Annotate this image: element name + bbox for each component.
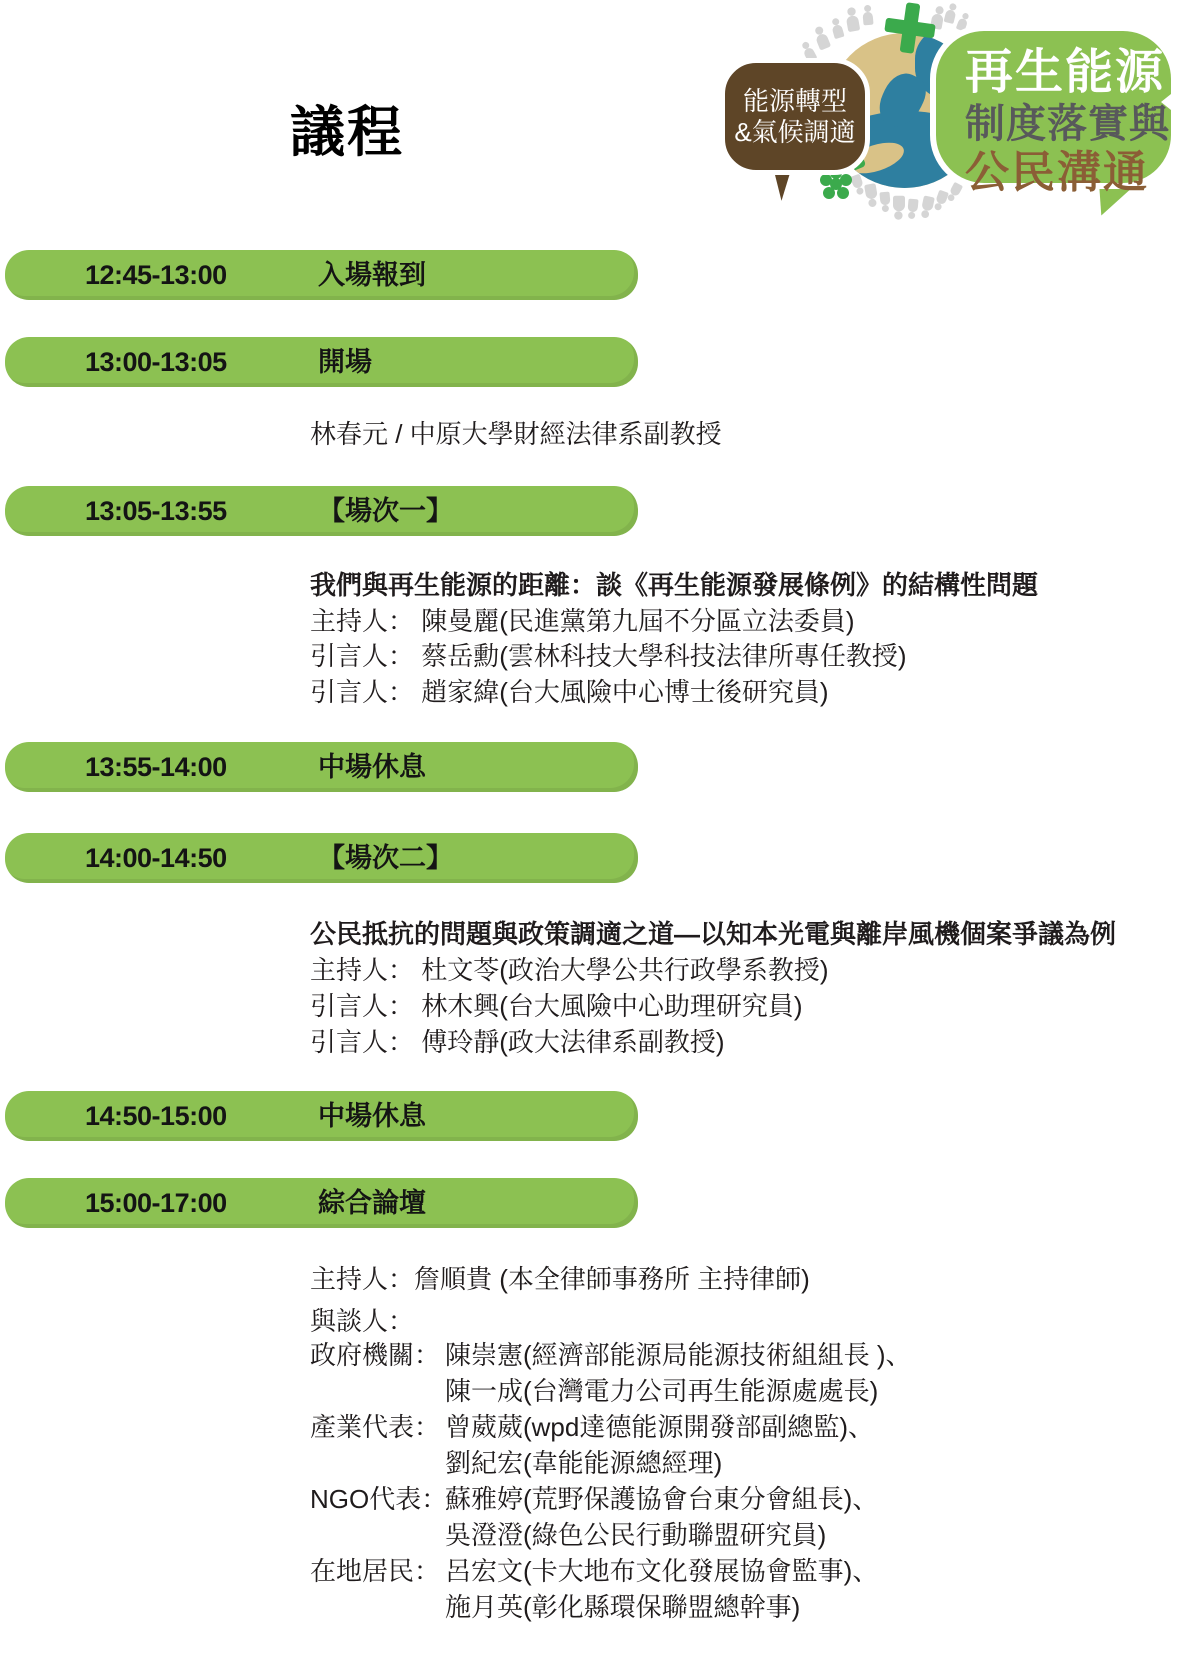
person-silhouette-icon xyxy=(879,192,890,206)
forum-member: 蘇雅婷(荒野保護協會台東分會組長)、 xyxy=(445,1481,878,1517)
forum-host: 主持人：詹順貴 (本全律師事務所 主持律師) xyxy=(310,1262,810,1298)
bar-time: 12:45-13:00 xyxy=(85,250,227,300)
forum-group-ngo: NGO代表： 蘇雅婷(荒野保護協會台東分會組長)、 吳澄澄(綠色公民行動聯盟研究… xyxy=(310,1481,878,1553)
page-title: 議程 xyxy=(290,88,404,167)
forum-member: 曾葳葳(wpd達德能源開發部副總監)、 xyxy=(445,1409,874,1445)
plus-icon xyxy=(882,0,938,56)
session1-title: 我們與再生能源的距離：談《再生能源發展條例》的結構性問題 xyxy=(310,568,1038,604)
forum-group-label: 在地居民： xyxy=(310,1553,445,1625)
bar-label: 開場 xyxy=(318,337,372,387)
agenda-bar-break2: 14:50-15:00 中場休息 xyxy=(5,1091,638,1141)
session2-host: 主持人： 杜文苓(政治大學公共行政學系教授) xyxy=(310,952,1116,988)
session1-speaker2: 引言人： 趙家緯(台大風險中心博士後研究員) xyxy=(310,675,1038,711)
forum-group-label: 產業代表： xyxy=(310,1409,445,1481)
session2-details: 公民抵抗的問題與政策調適之道—以知本光電與離岸風機個案爭議為例 主持人： 杜文苓… xyxy=(310,916,1116,1060)
tagline-line1: 能源轉型 xyxy=(743,86,847,117)
person-silhouette-icon xyxy=(831,24,844,39)
bar-label: 【場次一】 xyxy=(318,486,453,536)
bar-label: 中場休息 xyxy=(318,1091,426,1141)
bar-time: 14:00-14:50 xyxy=(85,833,227,883)
bar-label: 綜合論壇 xyxy=(318,1178,426,1228)
session1-host: 主持人： 陳曼麗(民進黨第九屆不分區立法委員) xyxy=(310,604,1038,640)
session2-title: 公民抵抗的問題與政策調適之道—以知本光電與離岸風機個案爭議為例 xyxy=(310,916,1116,952)
forum-member: 劉紀宏(韋能能源總經理) xyxy=(445,1445,874,1481)
tagline-bubble: 能源轉型 &氣候調適 xyxy=(720,58,870,175)
bar-time: 15:00-17:00 xyxy=(85,1178,227,1228)
person-silhouette-icon xyxy=(815,32,831,50)
forum-group-members: 蘇雅婷(荒野保護協會台東分會組長)、 吳澄澄(綠色公民行動聯盟研究員) xyxy=(445,1481,878,1553)
person-silhouette-icon xyxy=(944,9,957,24)
tagline-line2: &氣候調適 xyxy=(734,117,855,148)
forum-member: 施月英(彰化縣環保聯盟總幹事) xyxy=(445,1589,878,1625)
session1-details: 我們與再生能源的距離：談《再生能源發展條例》的結構性問題 主持人： 陳曼麗(民進… xyxy=(310,568,1038,710)
forum-member: 陳一成(台灣電力公司再生能源處處長) xyxy=(445,1373,912,1409)
forum-member: 吳澄澄(綠色公民行動聯盟研究員) xyxy=(445,1517,878,1553)
session1-speaker1: 引言人： 蔡岳勳(雲林科技大學科技法律所專任教授) xyxy=(310,639,1038,675)
agenda-page: 議程 能源轉型 &氣候調適 xyxy=(0,0,1187,1664)
bar-time: 13:55-14:00 xyxy=(85,742,227,792)
bar-time: 13:00-13:05 xyxy=(85,337,227,387)
forum-member: 陳崇憲(經濟部能源局能源技術組組長 )、 xyxy=(445,1337,912,1373)
agenda-bar-registration: 12:45-13:00 入場報到 xyxy=(5,250,638,300)
logo-title-line3: 公民溝通 xyxy=(965,136,1149,200)
agenda-bar-forum: 15:00-17:00 綜合論壇 xyxy=(5,1178,638,1228)
clover-icon xyxy=(830,178,842,190)
forum-group-government: 政府機關： 陳崇憲(經濟部能源局能源技術組組長 )、 陳一成(台灣電力公司再生能… xyxy=(310,1337,912,1409)
person-silhouette-icon xyxy=(846,15,861,32)
agenda-bar-session1: 13:05-13:55 【場次一】 xyxy=(5,486,638,536)
agenda-bar-session2: 14:00-14:50 【場次二】 xyxy=(5,833,638,883)
bar-label: 【場次二】 xyxy=(318,833,453,883)
agenda-bar-break1: 13:55-14:00 中場休息 xyxy=(5,742,638,792)
person-silhouette-icon xyxy=(862,12,873,26)
session2-speaker1: 引言人： 林木興(台大風險中心助理研究員) xyxy=(310,988,1116,1024)
opening-speaker: 林春元 / 中原大學財經法律系副教授 xyxy=(310,417,722,453)
person-silhouette-icon xyxy=(907,199,918,213)
forum-group-members: 呂宏文(卡大地布文化發展協會監事)、 施月英(彰化縣環保聯盟總幹事) xyxy=(445,1553,878,1625)
forum-group-residents: 在地居民： 呂宏文(卡大地布文化發展協會監事)、 施月英(彰化縣環保聯盟總幹事) xyxy=(310,1553,878,1625)
forum-group-label: 政府機關： xyxy=(310,1337,445,1409)
forum-panelists-label: 與談人： xyxy=(310,1304,414,1340)
bar-time: 13:05-13:55 xyxy=(85,486,227,536)
forum-member: 呂宏文(卡大地布文化發展協會監事)、 xyxy=(445,1553,878,1589)
bar-label: 中場休息 xyxy=(318,742,426,792)
person-silhouette-icon xyxy=(893,196,905,212)
forum-group-industry: 產業代表： 曾葳葳(wpd達德能源開發部副總監)、 劉紀宏(韋能能源總經理) xyxy=(310,1409,874,1481)
event-logo: 能源轉型 &氣候調適 再生能源 制度落實與 公民溝通 xyxy=(680,0,1187,228)
forum-group-label: NGO代表： xyxy=(310,1481,445,1553)
agenda-bar-opening: 13:00-13:05 開場 xyxy=(5,337,638,387)
forum-group-members: 陳崇憲(經濟部能源局能源技術組組長 )、 陳一成(台灣電力公司再生能源處處長) xyxy=(445,1337,912,1409)
session2-speaker2: 引言人： 傅玲靜(政大法律系副教授) xyxy=(310,1024,1116,1060)
forum-group-members: 曾葳葳(wpd達德能源開發部副總監)、 劉紀宏(韋能能源總經理) xyxy=(445,1409,874,1481)
bar-time: 14:50-15:00 xyxy=(85,1091,227,1141)
person-silhouette-icon xyxy=(921,195,935,211)
bar-label: 入場報到 xyxy=(318,250,426,300)
